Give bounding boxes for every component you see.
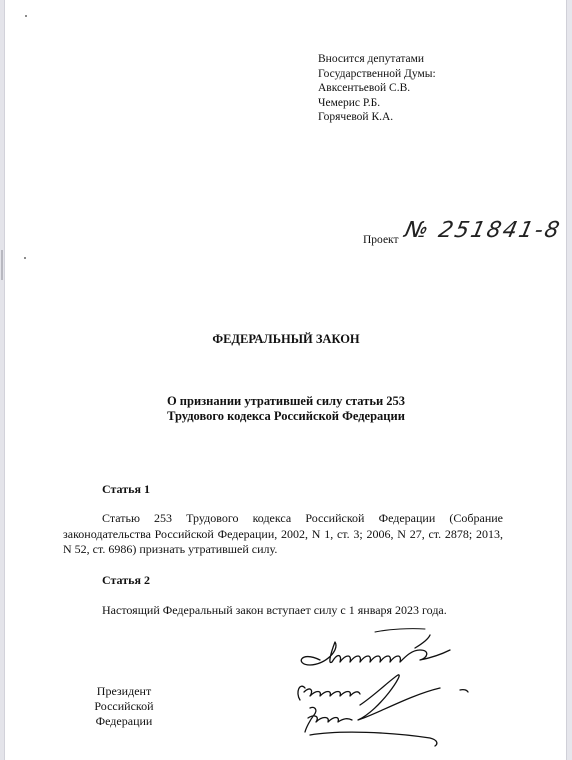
handwritten-signatures-icon — [280, 620, 500, 760]
law-type-heading: ФЕДЕРАЛЬНЫЙ ЗАКОН — [0, 332, 572, 347]
project-number-handwritten: № 251841-8 — [402, 218, 563, 243]
scan-speck — [25, 15, 27, 17]
president-line: Президент — [64, 684, 184, 699]
scroll-thumb[interactable] — [1, 250, 3, 280]
article-2-text: Настоящий Федеральный закон вступает сил… — [63, 603, 503, 619]
article-1-heading: Статья 1 — [102, 482, 150, 497]
article-1-text: Статью 253 Трудового кодекса Российской … — [63, 511, 503, 558]
submission-line: Вносится депутатами — [318, 52, 436, 67]
president-line: Российской Федерации — [64, 699, 184, 729]
submission-line: Чемерис Р.Б. — [318, 96, 436, 111]
submission-line: Горячевой К.А. — [318, 110, 436, 125]
president-signature-label: Президент Российской Федерации — [64, 684, 184, 729]
law-title: О признании утратившей силу статьи 253 Т… — [0, 394, 572, 424]
submission-line: Авксентьевой С.В. — [318, 81, 436, 96]
scan-speck — [24, 257, 26, 259]
submission-line: Государственной Думы: — [318, 67, 436, 82]
submission-block: Вносится депутатами Государственной Думы… — [318, 52, 436, 125]
law-title-line: Трудового кодекса Российской Федерации — [0, 409, 572, 424]
article-2-heading: Статья 2 — [102, 573, 150, 588]
page-edge-right — [566, 0, 572, 760]
project-label: Проект — [363, 233, 399, 247]
law-title-line: О признании утратившей силу статьи 253 — [0, 394, 572, 409]
page-edge-left — [0, 0, 5, 760]
